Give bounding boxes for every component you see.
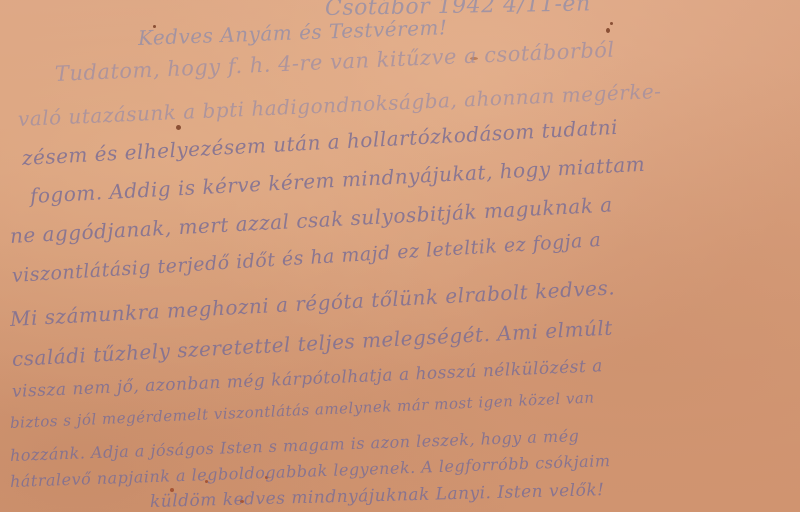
- ink-stain: [606, 28, 610, 33]
- ink-stain: [176, 125, 181, 130]
- ink-stain: [610, 22, 613, 25]
- letter-line-13: küldöm kedves mindnyájuknak Lanyi. Isten…: [150, 480, 605, 512]
- postcard-paper: Csotábor 1942 4/11-en Kedves Anyám és Te…: [0, 0, 800, 512]
- letter-salutation: Kedves Anyám és Testvérem!: [138, 15, 448, 50]
